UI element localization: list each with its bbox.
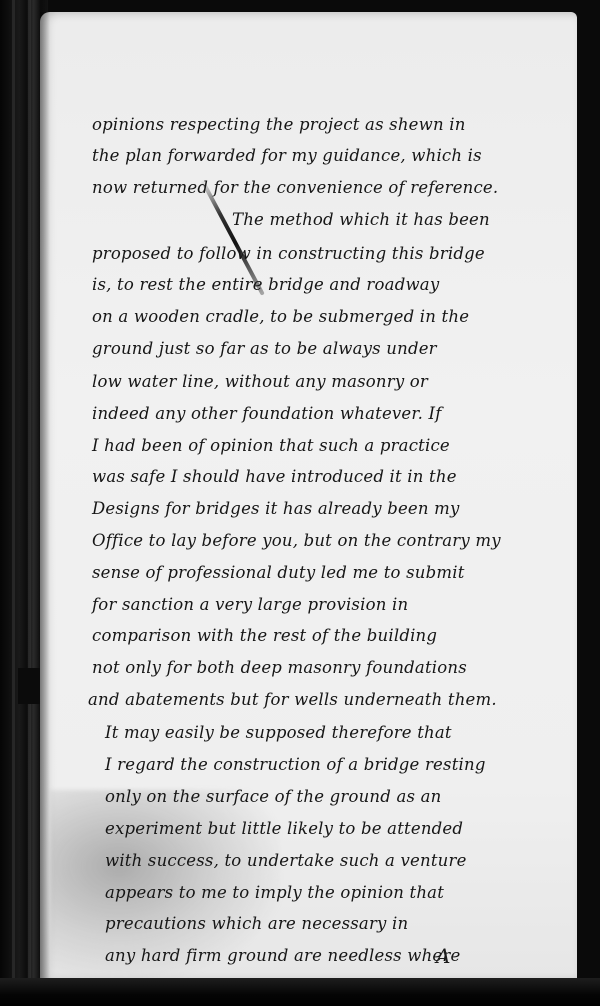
text-line: I had been of opinion that such a practi… (92, 436, 450, 455)
text-line: now returned for the convenience of refe… (92, 178, 498, 197)
catchword: A (436, 944, 450, 968)
text-line: precautions which are necessary in (105, 914, 408, 933)
text-line: only on the surface of the ground as an (105, 787, 441, 806)
text-line: opinions respecting the project as shewn… (92, 115, 466, 134)
text-line: proposed to follow in constructing this … (92, 244, 485, 263)
text-line: on a wooden cradle, to be submerged in t… (92, 307, 469, 326)
text-line: appears to me to imply the opinion that (105, 883, 444, 902)
text-line: indeed any other foundation whatever. If (92, 404, 442, 423)
text-line: sense of professional duty led me to sub… (92, 563, 465, 582)
text-line: Office to lay before you, but on the con… (92, 531, 501, 550)
text-line: for sanction a very large provision in (92, 595, 408, 614)
text-line: not only for both deep masonry foundatio… (92, 658, 467, 677)
text-line: Designs for bridges it has already been … (92, 499, 460, 518)
text-line: and abatements but for wells underneath … (88, 690, 497, 709)
text-line: is, to rest the entire bridge and roadwa… (92, 275, 439, 294)
text-line: I regard the construction of a bridge re… (105, 755, 486, 774)
page-bottom-edge (0, 978, 600, 1006)
text-line: comparison with the rest of the building (92, 626, 437, 645)
manuscript-text: opinions respecting the project as shewn… (0, 0, 600, 1006)
text-line: The method which it has been (232, 210, 490, 229)
text-line: low water line, without any masonry or (92, 372, 428, 391)
text-line: was safe I should have introduced it in … (92, 467, 457, 486)
text-line: ground just so far as to be always under (92, 339, 437, 358)
text-line: with success, to undertake such a ventur… (105, 851, 467, 870)
text-line: It may easily be supposed therefore that (105, 723, 452, 742)
text-line: any hard firm ground are needless where (105, 946, 460, 965)
text-line: experiment but little likely to be atten… (105, 819, 463, 838)
text-line: the plan forwarded for my guidance, whic… (92, 146, 482, 165)
